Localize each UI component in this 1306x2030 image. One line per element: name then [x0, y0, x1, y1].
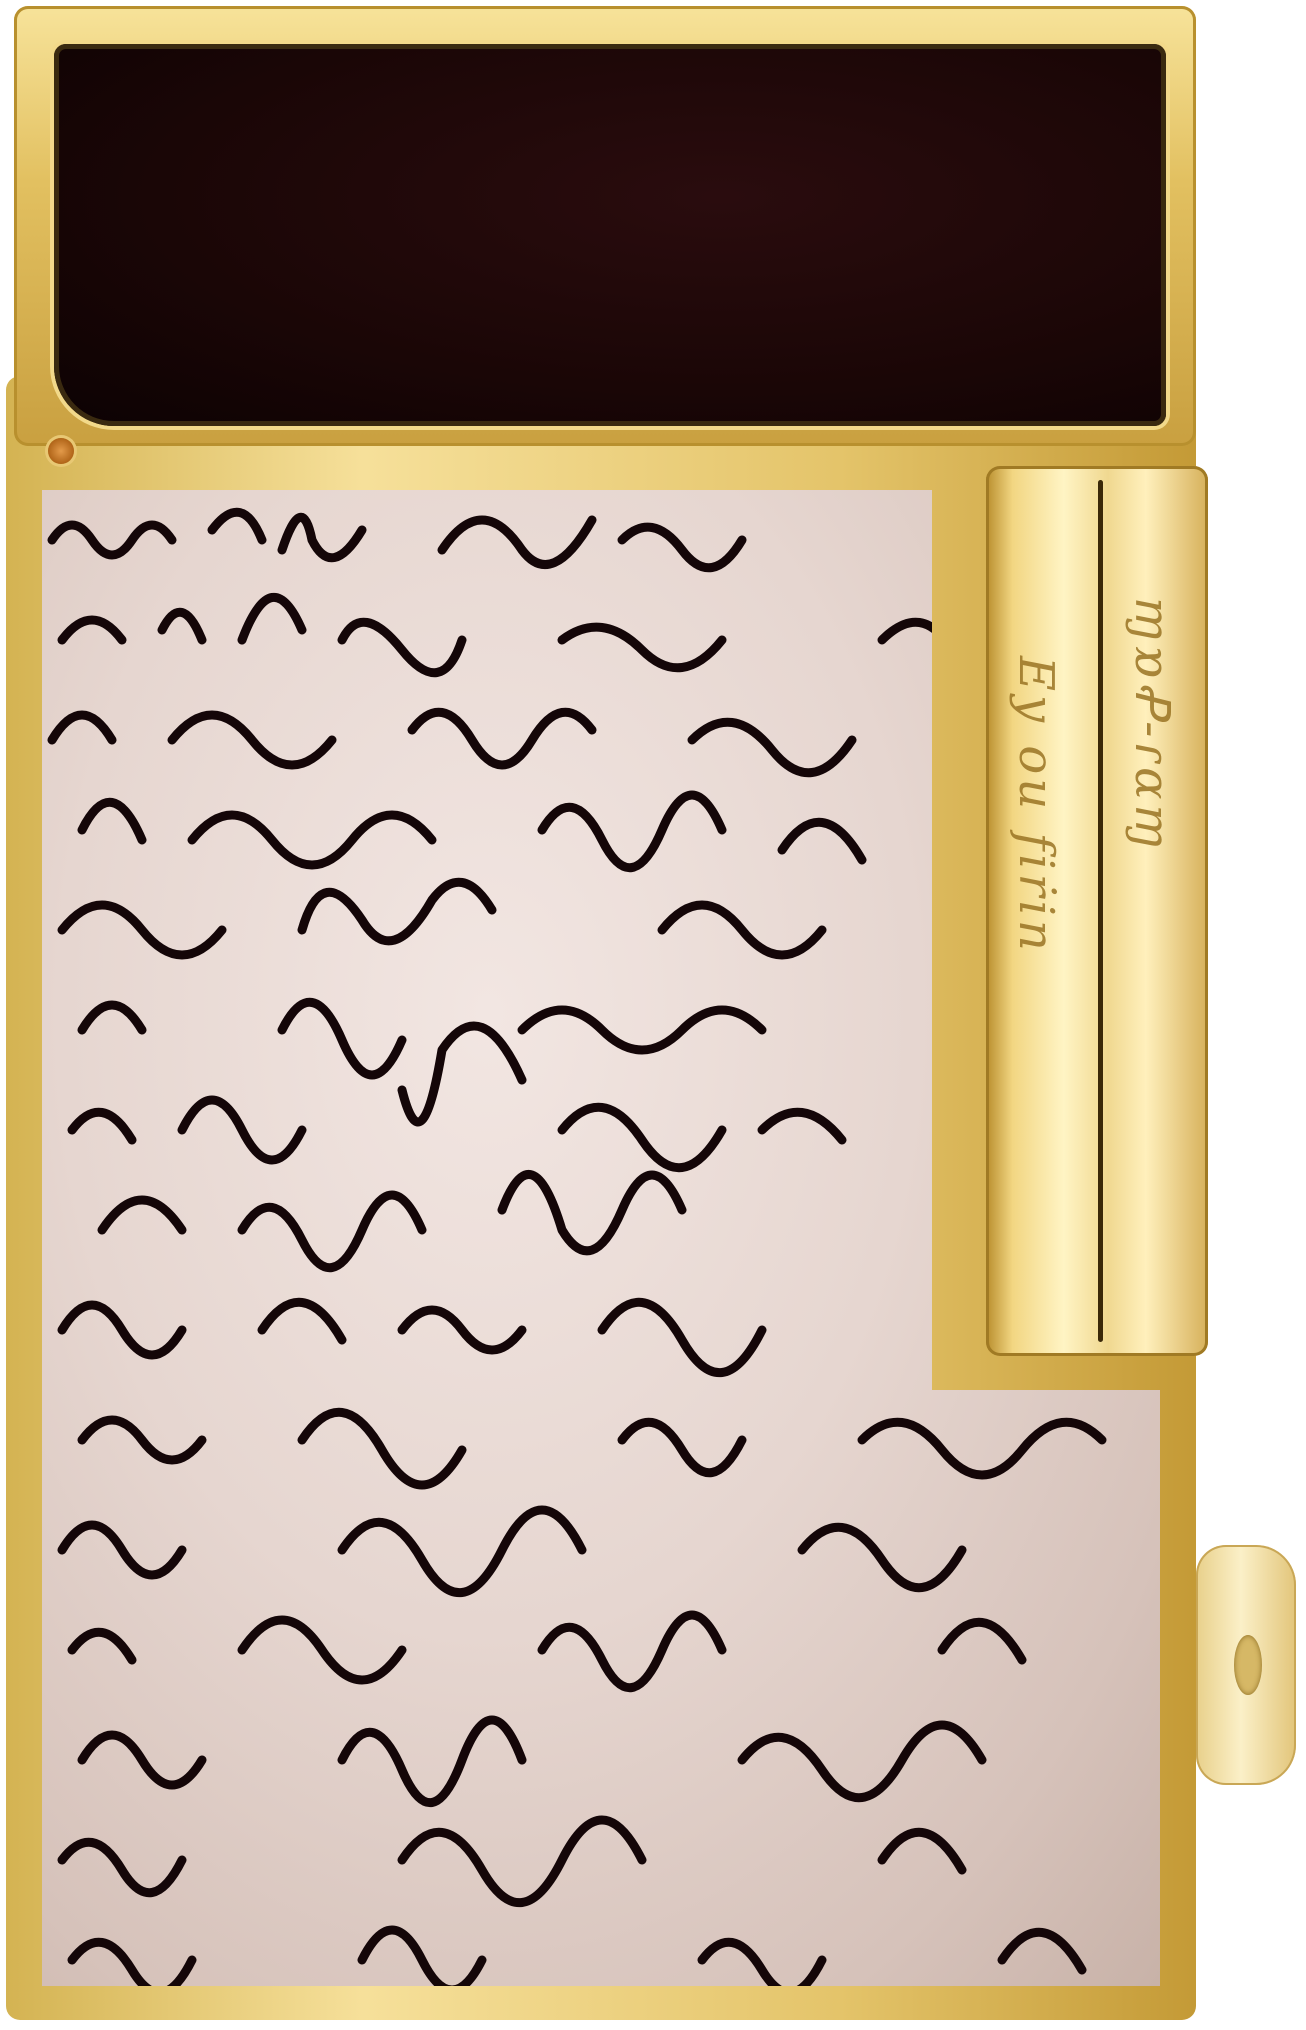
- engraving-left: Ey ou fiṙin: [1008, 656, 1064, 955]
- chimney-groove: [1098, 480, 1103, 1342]
- lighter: Ey ou fiṙin ɱɒꝒ-ɾɑɱ: [6, 6, 1196, 2020]
- hinge-pin: [48, 438, 74, 464]
- skull-ornament: [1196, 1545, 1296, 1785]
- lighter-cap: [14, 6, 1196, 446]
- engraved-chimney: Ey ou fiṙin ɱɒꝒ-ɾɑɱ: [986, 466, 1208, 1356]
- skull-eye-socket: [1234, 1635, 1262, 1695]
- black-lacquer-inlay: [54, 44, 1166, 426]
- engraving-right: ɱɒꝒ-ɾɑɱ: [1124, 596, 1180, 853]
